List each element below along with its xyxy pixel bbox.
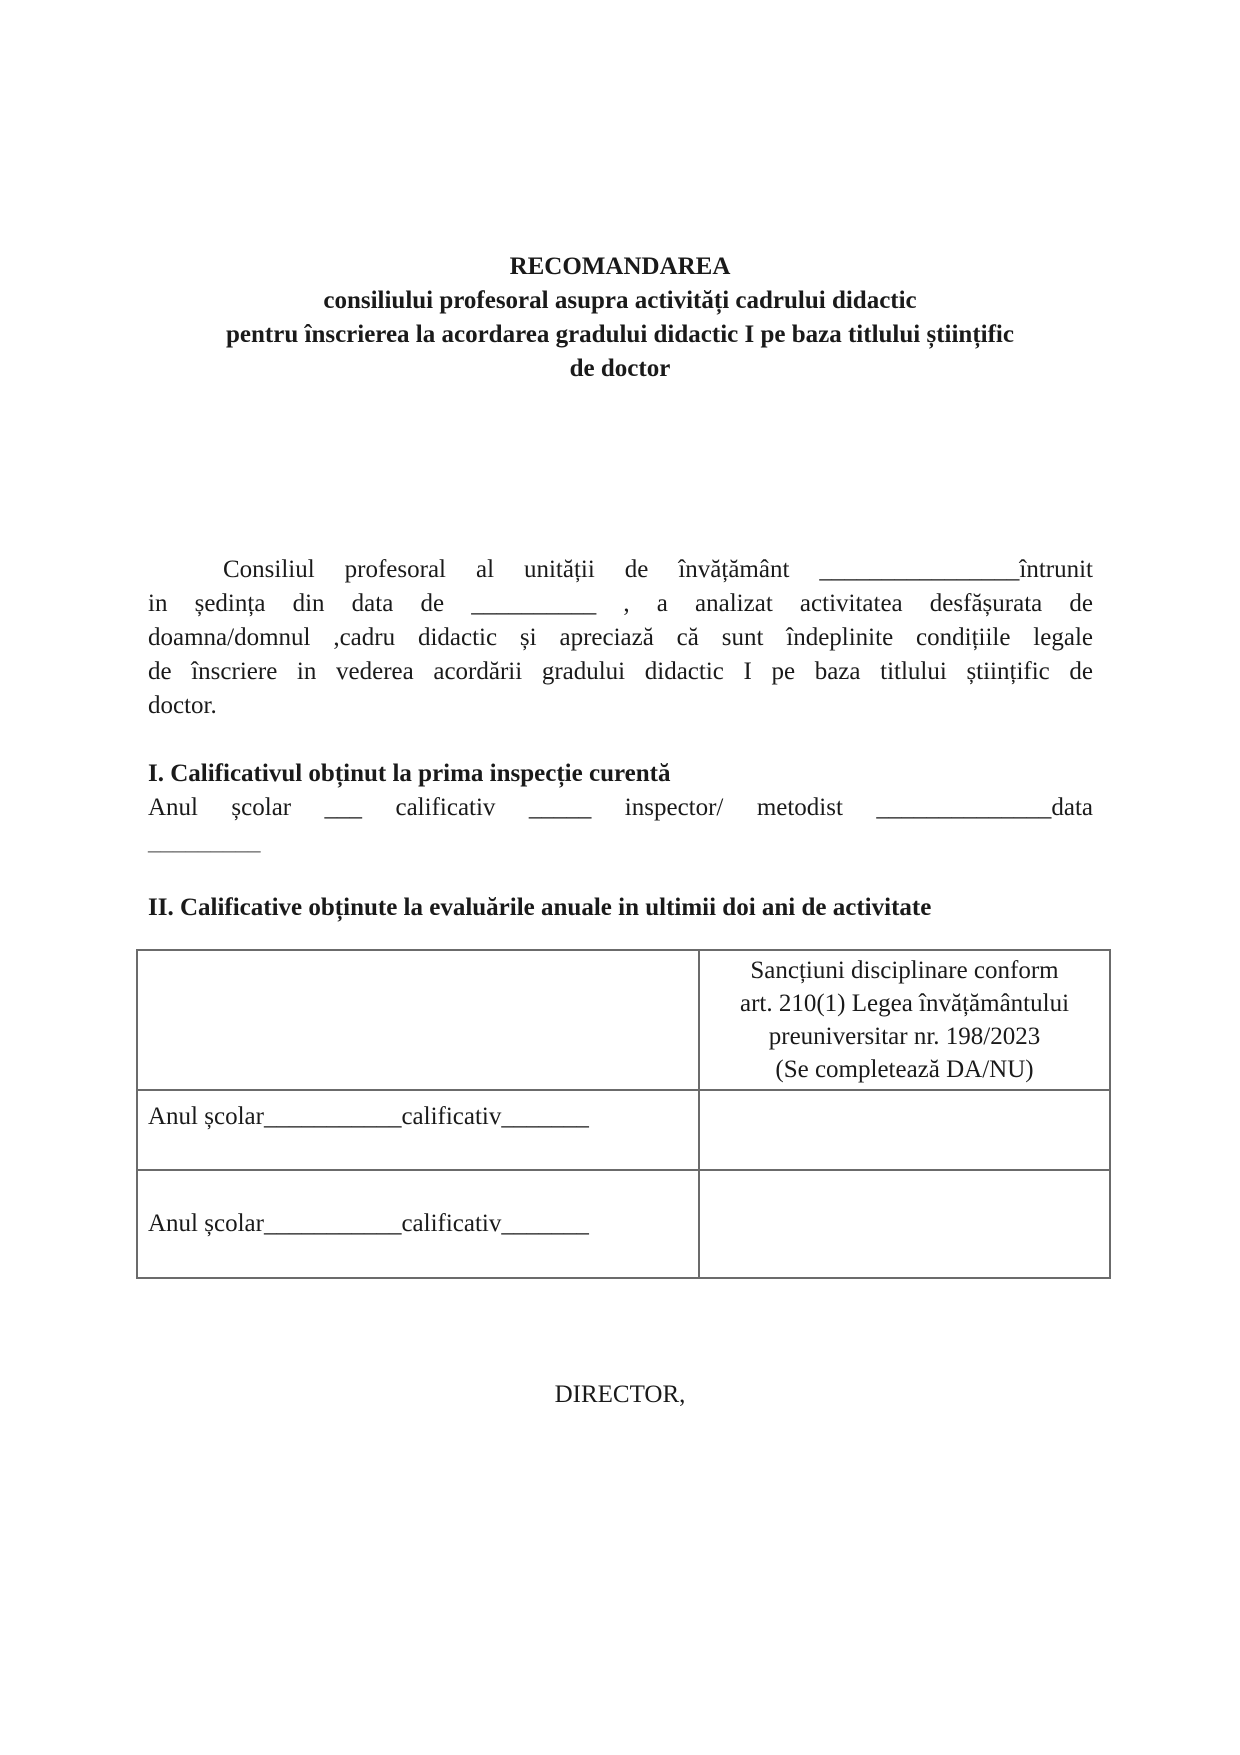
title-line-2: consiliului profesoral asupra activități… xyxy=(0,284,1240,318)
header-line: (Se completează DA/NU) xyxy=(710,1053,1099,1086)
section-1-fill-line: Anul școlar ___ calificativ _____ inspec… xyxy=(148,791,1093,825)
table-row: Anul școlar___________calificativ_______ xyxy=(137,1090,1110,1170)
title-line-4: de doctor xyxy=(0,352,1240,386)
table-row: Anul școlar___________calificativ_______ xyxy=(137,1170,1110,1278)
paragraph-line-2: in ședința din data de __________ , a an… xyxy=(148,587,1093,621)
director-signature-label: DIRECTOR, xyxy=(0,1378,1240,1412)
sanction-cell[interactable] xyxy=(699,1090,1110,1170)
header-line: Sancțiuni disciplinare conform xyxy=(710,954,1099,987)
document-title: RECOMANDAREA consiliului profesoral asup… xyxy=(0,250,1240,386)
table-header-row: Sancțiuni disciplinare conform art. 210(… xyxy=(137,950,1110,1090)
section-1-heading: I. Calificativul obținut la prima inspec… xyxy=(148,757,670,791)
title-line-1: RECOMANDAREA xyxy=(0,250,1240,284)
header-line: art. 210(1) Legea învățământului xyxy=(710,987,1099,1020)
table-header-empty-cell xyxy=(137,950,699,1090)
year-rating-cell: Anul școlar___________calificativ_______ xyxy=(137,1090,699,1170)
title-line-3: pentru înscrierea la acordarea gradului … xyxy=(0,318,1240,352)
section-1-date-blank: _________ xyxy=(148,825,261,859)
paragraph-line-4: de înscriere in vederea acordării gradul… xyxy=(148,655,1093,689)
paragraph-line-5: doctor. xyxy=(148,689,1093,723)
paragraph-line-3: doamna/domnul ,cadru didactic și aprecia… xyxy=(148,621,1093,655)
sanction-cell[interactable] xyxy=(699,1170,1110,1278)
section-2-heading: II. Calificative obținute la evaluările … xyxy=(148,891,931,925)
header-line: preuniversitar nr. 198/2023 xyxy=(710,1020,1099,1053)
intro-paragraph: Consiliul profesoral al unității de învă… xyxy=(148,553,1093,723)
paragraph-line-1: Consiliul profesoral al unității de învă… xyxy=(148,553,1093,587)
year-rating-cell: Anul școlar___________calificativ_______ xyxy=(137,1170,699,1278)
evaluations-table: Sancțiuni disciplinare conform art. 210(… xyxy=(136,949,1111,1279)
table-header-sanctions: Sancțiuni disciplinare conform art. 210(… xyxy=(699,950,1110,1090)
